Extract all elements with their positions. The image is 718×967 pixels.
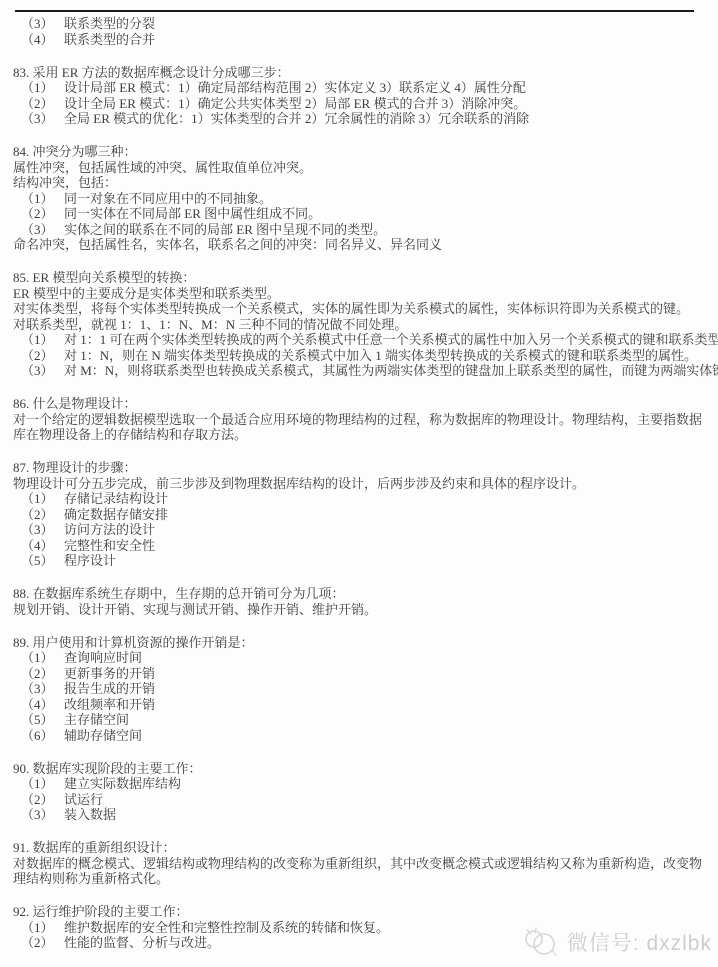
list-item-text: 全局 ER 模式的优化：1）实体类型的合并 2）冗余属性的消除 3）冗余联系的消… xyxy=(64,111,529,126)
list-item: （1）维护数据库的安全性和完整性控制及系统的转储和恢复。 xyxy=(13,920,708,936)
paragraph-line: 规划开销、设计开销、实现与测试开销、操作开销、维护开销。 xyxy=(13,602,708,618)
list-item: （2）性能的监督、分析与改进。 xyxy=(13,935,708,951)
question-heading: 87. 物理设计的步骤： xyxy=(13,460,708,476)
list-item-text: 访问方法的设计 xyxy=(64,522,155,537)
list-item: （4）改组频率和开销 xyxy=(13,697,708,713)
list-item-text: 改组频率和开销 xyxy=(64,697,155,712)
list-item-text: 试运行 xyxy=(64,792,103,807)
list-item-text: 完整性和安全性 xyxy=(64,538,155,553)
list-item: （3）全局 ER 模式的优化：1）实体类型的合并 2）冗余属性的消除 3）冗余联… xyxy=(13,111,708,127)
list-item-marker: （5） xyxy=(21,712,54,728)
document-page: （3）联系类型的分裂（4）联系类型的合并83. 采用 ER 方法的数据库概念设计… xyxy=(0,0,718,967)
list-item-marker: （2） xyxy=(21,666,54,682)
list-item: （2）更新事务的开销 xyxy=(13,666,708,682)
list-item-text: 对 M：N，则将联系类型也转换成关系模式，其属性为两端实体类型的键盘加上联系类型… xyxy=(64,363,718,378)
list-item-text: 装入数据 xyxy=(64,807,116,822)
page-top-rule xyxy=(15,10,694,12)
list-item: （4）联系类型的合并 xyxy=(13,32,708,48)
list-item-text: 对 1：1 可在两个实体类型转换成的两个关系模式中任意一个关系模式的属性中加入另… xyxy=(64,332,718,347)
list-item-text: 建立实际数据库结构 xyxy=(64,776,181,791)
list-item-text: 联系类型的分裂 xyxy=(64,16,155,31)
list-item-marker: （2） xyxy=(21,96,54,112)
list-item: （2）对 1：N，则在 N 端实体类型转换成的关系模式中加入 1 端实体类型转换… xyxy=(13,348,708,364)
paragraph-line: ER 模型中的主要成分是实体类型和联系类型。 xyxy=(13,286,708,302)
list-item: （5）程序设计 xyxy=(13,553,708,569)
list-item-text: 设计全局 ER 模式：1）确定公共实体类型 2）局部 ER 模式的合并 3）消除… xyxy=(64,96,526,111)
section-gap xyxy=(13,47,708,65)
list-item-marker: （5） xyxy=(21,553,54,569)
list-item: （3）装入数据 xyxy=(13,807,708,823)
list-item-text: 设计局部 ER 模式：1）确定局部结构范围 2）实体定义 3）联系定义 4）属性… xyxy=(64,80,526,95)
list-item: （6）辅助存储空间 xyxy=(13,728,708,744)
section-gap xyxy=(13,617,708,635)
list-item: （2）确定数据存储安排 xyxy=(13,507,708,523)
list-item-marker: （2） xyxy=(21,348,54,364)
list-item: （3）实体之间的联系在不同的局部 ER 图中呈现不同的类型。 xyxy=(13,222,708,238)
list-item-text: 查询响应时间 xyxy=(64,650,142,665)
list-item-text: 同一对象在不同应用中的不同抽象。 xyxy=(64,191,272,206)
list-item-marker: （1） xyxy=(21,191,54,207)
paragraph-line: 物理设计可分五步完成，前三步涉及到物理数据库结构的设计，后两步涉及约束和具体的程… xyxy=(13,476,708,492)
list-item-text: 主存储空间 xyxy=(64,712,129,727)
list-item: （1）设计局部 ER 模式：1）确定局部结构范围 2）实体定义 3）联系定义 4… xyxy=(13,80,708,96)
section-gap xyxy=(13,379,708,397)
list-item: （3）对 M：N，则将联系类型也转换成关系模式，其属性为两端实体类型的键盘加上联… xyxy=(13,363,708,379)
list-item-text: 维护数据库的安全性和完整性控制及系统的转储和恢复。 xyxy=(64,920,389,935)
list-item-marker: （4） xyxy=(21,538,54,554)
list-item-marker: （2） xyxy=(21,935,54,951)
list-item: （1）同一对象在不同应用中的不同抽象。 xyxy=(13,191,708,207)
question-heading: 89. 用户使用和计算机资源的操作开销是： xyxy=(13,635,708,651)
list-item-marker: （3） xyxy=(21,16,54,32)
question-heading: 83. 采用 ER 方法的数据库概念设计分成哪三步： xyxy=(13,65,708,81)
list-item-marker: （3） xyxy=(21,222,54,238)
list-item: （4）完整性和安全性 xyxy=(13,538,708,554)
list-item-text: 性能的监督、分析与改进。 xyxy=(64,935,220,950)
list-item: （3）报告生成的开销 xyxy=(13,681,708,697)
section-gap xyxy=(13,443,708,461)
section-gap xyxy=(13,743,708,761)
document-body: （3）联系类型的分裂（4）联系类型的合并83. 采用 ER 方法的数据库概念设计… xyxy=(13,16,708,951)
list-item: （3）联系类型的分裂 xyxy=(13,16,708,32)
list-item-marker: （1） xyxy=(21,650,54,666)
list-item-marker: （1） xyxy=(21,80,54,96)
list-item-marker: （4） xyxy=(21,697,54,713)
list-item-text: 报告生成的开销 xyxy=(64,681,155,696)
list-item-marker: （1） xyxy=(21,920,54,936)
list-item-text: 联系类型的合并 xyxy=(64,32,155,47)
list-item-marker: （2） xyxy=(21,507,54,523)
paragraph-line: 对实体类型，将每个实体类型转换成一个关系模式，实体的属性即为关系模式的属性，实体… xyxy=(13,301,708,317)
question-heading: 86. 什么是物理设计： xyxy=(13,396,708,412)
paragraph-line: 命名冲突，包括属性名，实体名，联系名之间的冲突：同名异义、异名同义 xyxy=(13,237,708,253)
list-item-text: 对 1：N，则在 N 端实体类型转换成的关系模式中加入 1 端实体类型转换成的关… xyxy=(64,348,697,363)
list-item-marker: （3） xyxy=(21,681,54,697)
paragraph-line: 属性冲突，包括属性域的冲突、属性取值单位冲突。 xyxy=(13,160,708,176)
list-item-marker: （3） xyxy=(21,807,54,823)
list-item-text: 程序设计 xyxy=(64,553,116,568)
list-item-marker: （3） xyxy=(21,111,54,127)
list-item-text: 同一实体在不同局部 ER 图中属性组成不同。 xyxy=(64,206,321,221)
list-item-marker: （3） xyxy=(21,522,54,538)
list-item-text: 更新事务的开销 xyxy=(64,666,155,681)
list-item-marker: （1） xyxy=(21,776,54,792)
paragraph-line: 对联系类型，就视 1：1、1：N、M：N 三种不同的情况做不同处理。 xyxy=(13,317,708,333)
question-heading: 91. 数据库的重新组织设计： xyxy=(13,840,708,856)
paragraph-line: 结构冲突，包括： xyxy=(13,175,708,191)
list-item-marker: （2） xyxy=(21,206,54,222)
section-gap xyxy=(13,253,708,271)
paragraph-line: 对一个给定的逻辑数据模型选取一个最适合应用环境的物理结构的过程，称为数据库的物理… xyxy=(13,412,708,443)
section-gap xyxy=(13,887,708,905)
list-item-marker: （3） xyxy=(21,363,54,379)
list-item: （1）查询响应时间 xyxy=(13,650,708,666)
list-item-text: 存储记录结构设计 xyxy=(64,491,168,506)
list-item-marker: （6） xyxy=(21,728,54,744)
list-item-marker: （4） xyxy=(21,32,54,48)
list-item: （1）对 1：1 可在两个实体类型转换成的两个关系模式中任意一个关系模式的属性中… xyxy=(13,332,708,348)
list-item: （2）试运行 xyxy=(13,792,708,808)
question-heading: 92. 运行维护阶段的主要工作： xyxy=(13,904,708,920)
question-heading: 90. 数据库实现阶段的主要工作： xyxy=(13,761,708,777)
list-item: （1）存储记录结构设计 xyxy=(13,491,708,507)
list-item-text: 确定数据存储安排 xyxy=(64,507,168,522)
list-item: （2）同一实体在不同局部 ER 图中属性组成不同。 xyxy=(13,206,708,222)
list-item: （2）设计全局 ER 模式：1）确定公共实体类型 2）局部 ER 模式的合并 3… xyxy=(13,96,708,112)
list-item: （1）建立实际数据库结构 xyxy=(13,776,708,792)
question-heading: 88. 在数据库系统生存期中，生存期的总开销可分为几项： xyxy=(13,586,708,602)
section-gap xyxy=(13,823,708,841)
list-item-marker: （2） xyxy=(21,792,54,808)
list-item-marker: （1） xyxy=(21,332,54,348)
list-item-text: 辅助存储空间 xyxy=(64,728,142,743)
question-heading: 84. 冲突分为哪三种： xyxy=(13,144,708,160)
section-gap xyxy=(13,569,708,587)
question-heading: 85. ER 模型向关系模型的转换： xyxy=(13,270,708,286)
paragraph-line: 对数据库的概念模式、逻辑结构或物理结构的改变称为重新组织，其中改变概念模式或逻辑… xyxy=(13,856,708,887)
list-item-text: 实体之间的联系在不同的局部 ER 图中呈现不同的类型。 xyxy=(64,222,386,237)
section-gap xyxy=(13,127,708,145)
list-item-marker: （1） xyxy=(21,491,54,507)
list-item: （3）访问方法的设计 xyxy=(13,522,708,538)
list-item: （5）主存储空间 xyxy=(13,712,708,728)
